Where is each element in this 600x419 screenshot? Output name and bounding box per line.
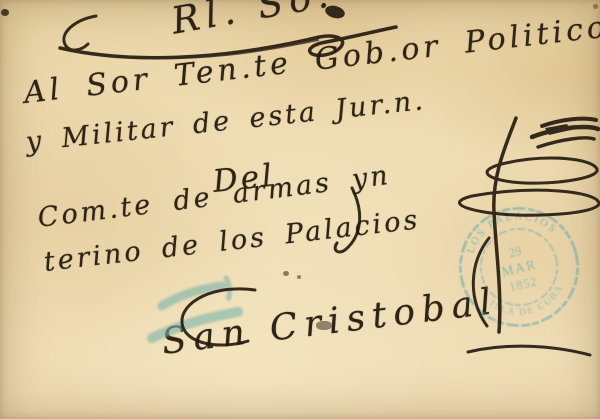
scribble-bars xyxy=(532,127,598,137)
scribble-bars xyxy=(542,119,596,126)
scanned-letter-cover: Rl. So. Al Sor Ten.te Gob.or Politico y … xyxy=(0,0,600,419)
corner-speck xyxy=(1,9,9,16)
postmark-day: 29 xyxy=(508,244,523,261)
handwritten-rubric: Rl. So. xyxy=(168,0,337,43)
postmark-stamp: LOS PALACIOS ISLA DE CUBA 29 MAR 1852 xyxy=(433,181,600,353)
scribble-bars xyxy=(538,138,594,147)
corner-speck xyxy=(593,4,598,9)
scribble-blob xyxy=(545,124,571,135)
address-line-1: Al Sor Ten.te Gob.or Politico xyxy=(22,10,600,111)
ink-smudge xyxy=(316,321,332,330)
ink-smudge xyxy=(283,271,289,276)
ink-smudge xyxy=(297,275,301,279)
blue-handstamp-stroke xyxy=(162,286,222,306)
faint-blue-handstamp xyxy=(130,260,270,360)
rubric-curl xyxy=(64,16,96,50)
blue-handstamp-stroke xyxy=(152,312,238,338)
loop-flourish xyxy=(487,158,597,183)
postmark-year: 1852 xyxy=(508,274,539,294)
blue-handstamp-stroke xyxy=(226,278,230,300)
